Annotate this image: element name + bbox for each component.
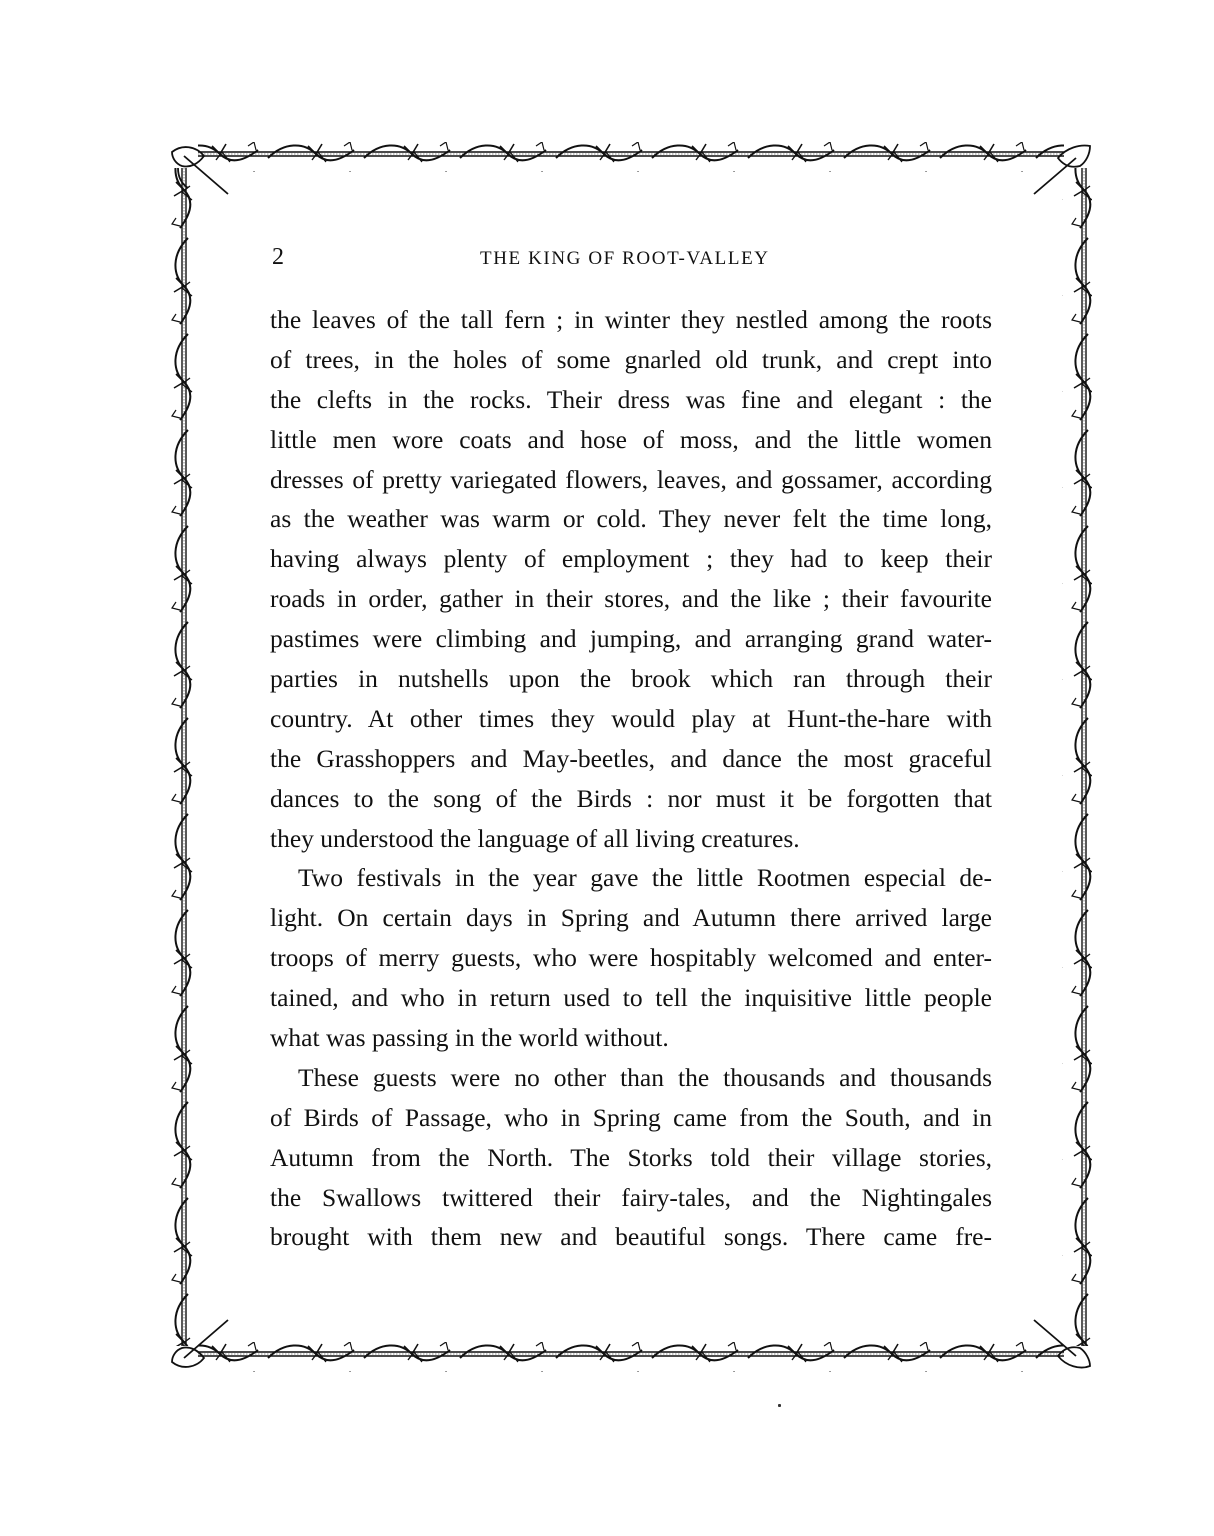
text-line: pastimes were climbing and jumping, and … <box>270 619 992 659</box>
text-line: country. At other times they would play … <box>270 699 992 739</box>
text-line: as the weather was warm or cold. They ne… <box>270 499 992 539</box>
text-line: having always plenty of employment ; the… <box>270 539 992 579</box>
text-line: roads in order, gather in their stores, … <box>270 579 992 619</box>
paragraph: the leaves of the tall fern ; in winter … <box>270 300 992 858</box>
text-line: Autumn from the North. The Storks told t… <box>270 1138 992 1178</box>
book-page: 2 THE KING OF ROOT-VALLEY the leaves of … <box>0 0 1214 1536</box>
paragraph: These guests were no other than the thou… <box>270 1058 992 1257</box>
text-line: light. On certain days in Spring and Aut… <box>270 898 992 938</box>
body-text: the leaves of the tall fern ; in winter … <box>270 300 992 1257</box>
text-line: what was passing in the world without. <box>270 1018 992 1058</box>
text-line: the clefts in the rocks. Their dress was… <box>270 380 992 420</box>
text-line: parties in nutshells upon the brook whic… <box>270 659 992 699</box>
text-line: dresses of pretty variegated flowers, le… <box>270 460 992 500</box>
page-header: 2 THE KING OF ROOT-VALLEY <box>270 240 992 276</box>
page-number: 2 <box>272 244 284 271</box>
text-line: tained, and who in return used to tell t… <box>270 978 992 1018</box>
text-line: the leaves of the tall fern ; in winter … <box>270 300 992 340</box>
text-line: dances to the song of the Birds : nor mu… <box>270 779 992 819</box>
text-line: Two festivals in the year gave the littl… <box>270 858 992 898</box>
text-line: of Birds of Passage, who in Spring came … <box>270 1098 992 1138</box>
text-line: little men wore coats and hose of moss, … <box>270 420 992 460</box>
running-head: THE KING OF ROOT-VALLEY <box>480 248 770 270</box>
text-line: of trees, in the holes of some gnarled o… <box>270 340 992 380</box>
text-line: brought with them new and beautiful song… <box>270 1217 992 1257</box>
text-line: the Swallows twittered their fairy-tales… <box>270 1178 992 1218</box>
text-line: they understood the language of all livi… <box>270 819 992 859</box>
paragraph: Two festivals in the year gave the littl… <box>270 858 992 1057</box>
text-line: These guests were no other than the thou… <box>270 1058 992 1098</box>
text-line: the Grasshoppers and May-beetles, and da… <box>270 739 992 779</box>
text-line: troops of merry guests, who were hospita… <box>270 938 992 978</box>
scan-speck <box>778 1404 781 1407</box>
